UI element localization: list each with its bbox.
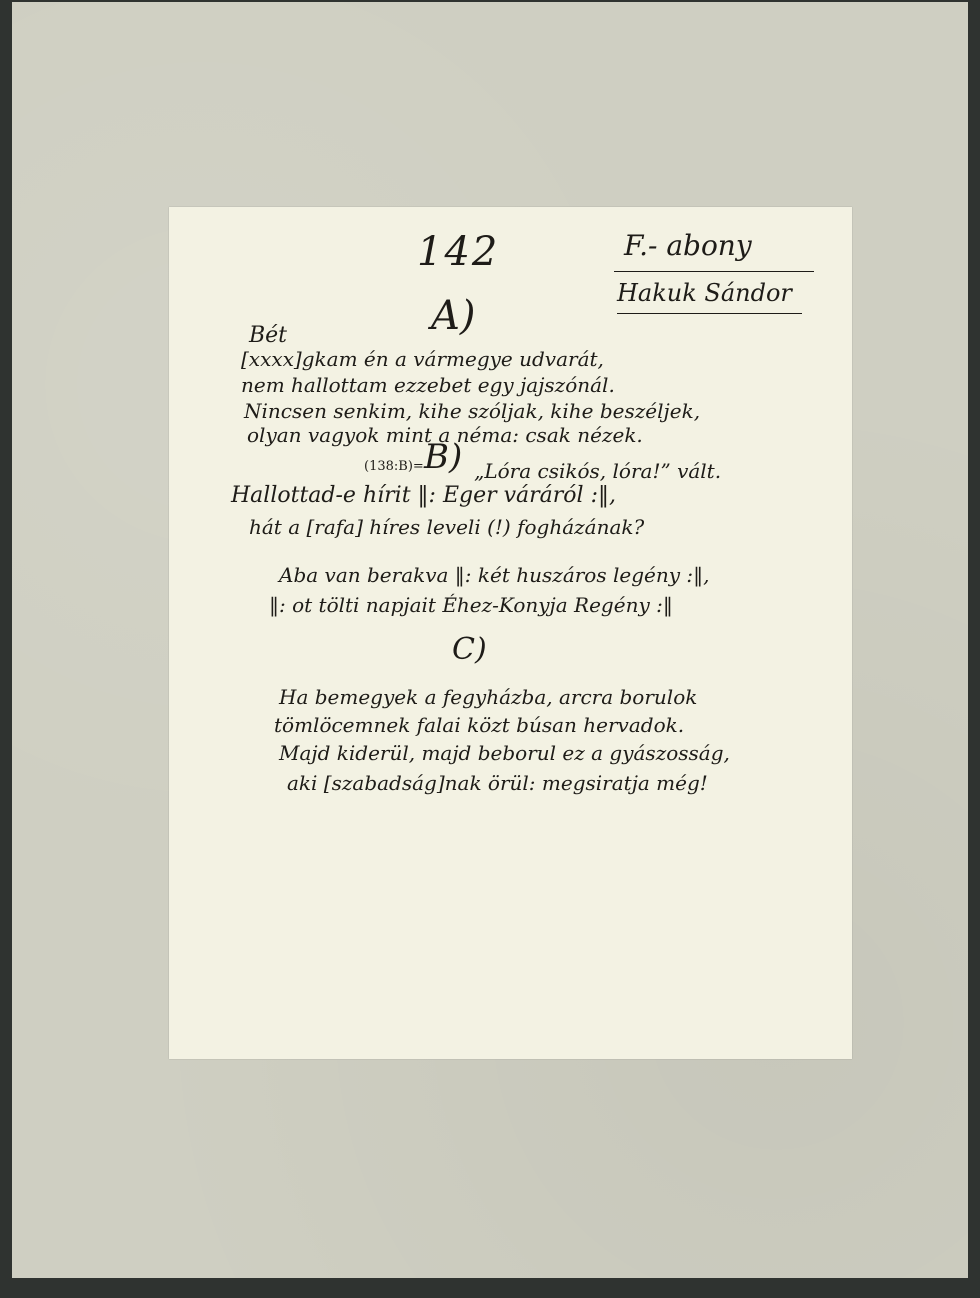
verse-line: aki [szabadság]nak örül: megsiratja még! bbox=[287, 771, 708, 795]
verse-line: Ha bemegyek a fegyházba, arcra borulok bbox=[279, 685, 697, 709]
section-a-label: A) bbox=[431, 293, 476, 339]
verse-line: ‖: ot tölti napjait Éhez-Konyja Regény :… bbox=[269, 593, 673, 617]
correction-text: Bét bbox=[249, 323, 287, 348]
place-name: F.- abony bbox=[624, 229, 752, 262]
tune-title: „Lóra csikós, lóra!” vált. bbox=[474, 459, 721, 483]
verse-line: Hallottad-e hírit ‖: Eger váráról :‖, bbox=[231, 483, 616, 508]
verse-line: [xxxx]gkam én a vármegye udvarát, bbox=[241, 347, 604, 371]
verse-line: Majd kiderül, majd beborul ez a gyászoss… bbox=[279, 741, 730, 765]
cross-reference: (138:B)= bbox=[364, 459, 424, 474]
divider bbox=[614, 271, 814, 272]
verse-line: nem hallottam ezzebet egy jajszónál. bbox=[241, 373, 615, 397]
verse-line: tömlöcemnek falai közt búsan hervadok. bbox=[274, 713, 684, 737]
verse-line: Aba van berakva ‖: két huszáros legény :… bbox=[279, 563, 709, 587]
section-c-label: C) bbox=[452, 632, 487, 667]
verse-line: Nincsen senkim, kihe szóljak, kihe beszé… bbox=[244, 399, 700, 423]
collector-name: Hakuk Sándor bbox=[617, 279, 802, 314]
verse-line: hát a [rafa] híres leveli (!) fogházának… bbox=[249, 515, 644, 539]
mounting-board: 142 F.- abony Hakuk Sándor A) Bét [xxxx]… bbox=[12, 2, 968, 1278]
section-b-label: B) bbox=[424, 437, 462, 477]
manuscript-sheet: 142 F.- abony Hakuk Sándor A) Bét [xxxx]… bbox=[169, 207, 852, 1059]
document-number: 142 bbox=[417, 229, 499, 275]
